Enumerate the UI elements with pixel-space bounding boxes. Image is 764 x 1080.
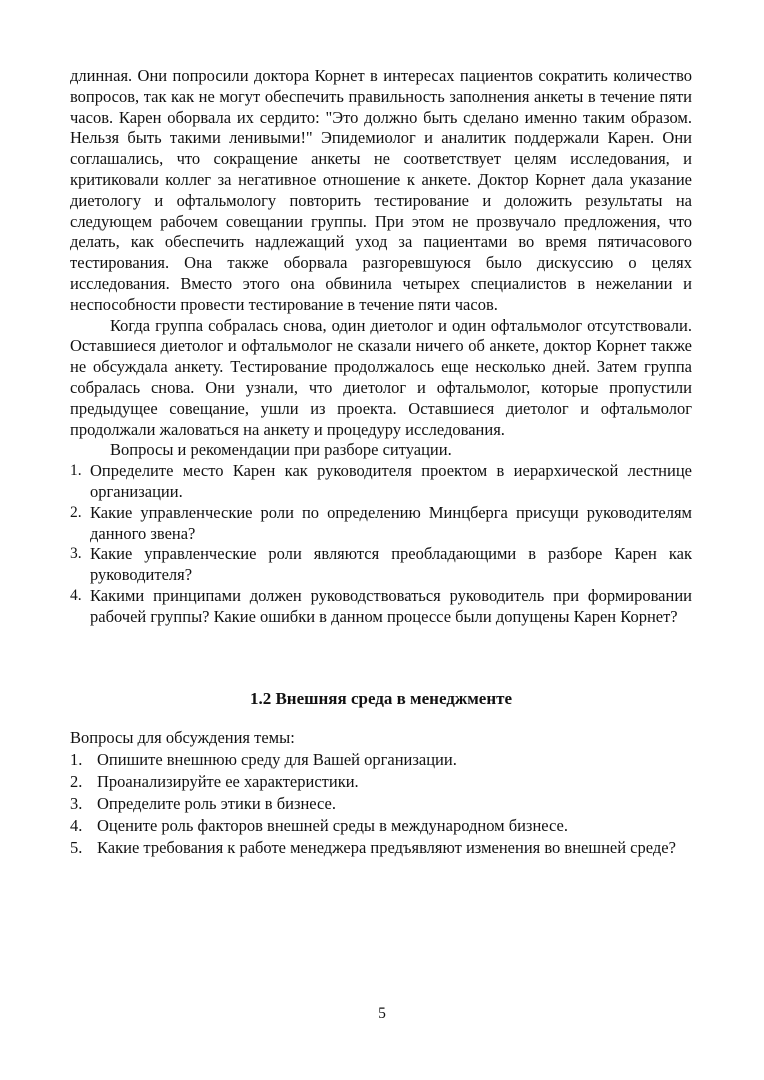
discussion-intro: Вопросы для обсуждения темы: [70, 727, 692, 749]
discussion-question-item: Проанализируйте ее характеристики. [70, 771, 692, 793]
discussion-question-item: Оцените роль факторов внешней среды в ме… [70, 815, 692, 837]
case-question-item: Какие управленческие роли по определению… [70, 503, 692, 545]
paragraph-group-meeting: Когда группа собралась снова, один дието… [70, 316, 692, 441]
paragraph-continuation: длинная. Они попросили доктора Корнет в … [70, 66, 692, 316]
discussion-question-item: Опишите внешнюю среду для Вашей организа… [70, 749, 692, 771]
document-page: длинная. Они попросили доктора Корнет в … [0, 0, 764, 1080]
discussion-question-item: Какие требования к работе менеджера пред… [70, 837, 692, 859]
case-questions-intro: Вопросы и рекомендации при разборе ситуа… [70, 440, 692, 461]
case-questions-list: Определите место Карен как руководителя … [70, 461, 692, 627]
case-question-item: Какими принципами должен руководствовать… [70, 586, 692, 628]
discussion-question-item: Определите роль этики в бизнесе. [70, 793, 692, 815]
discussion-questions-list: Опишите внешнюю среду для Вашей организа… [70, 749, 692, 859]
section-heading: 1.2 Внешняя среда в менеджменте [70, 688, 692, 709]
case-question-item: Определите место Карен как руководителя … [70, 461, 692, 503]
case-question-item: Какие управленческие роли являются преоб… [70, 544, 692, 586]
page-number: 5 [0, 1005, 764, 1023]
